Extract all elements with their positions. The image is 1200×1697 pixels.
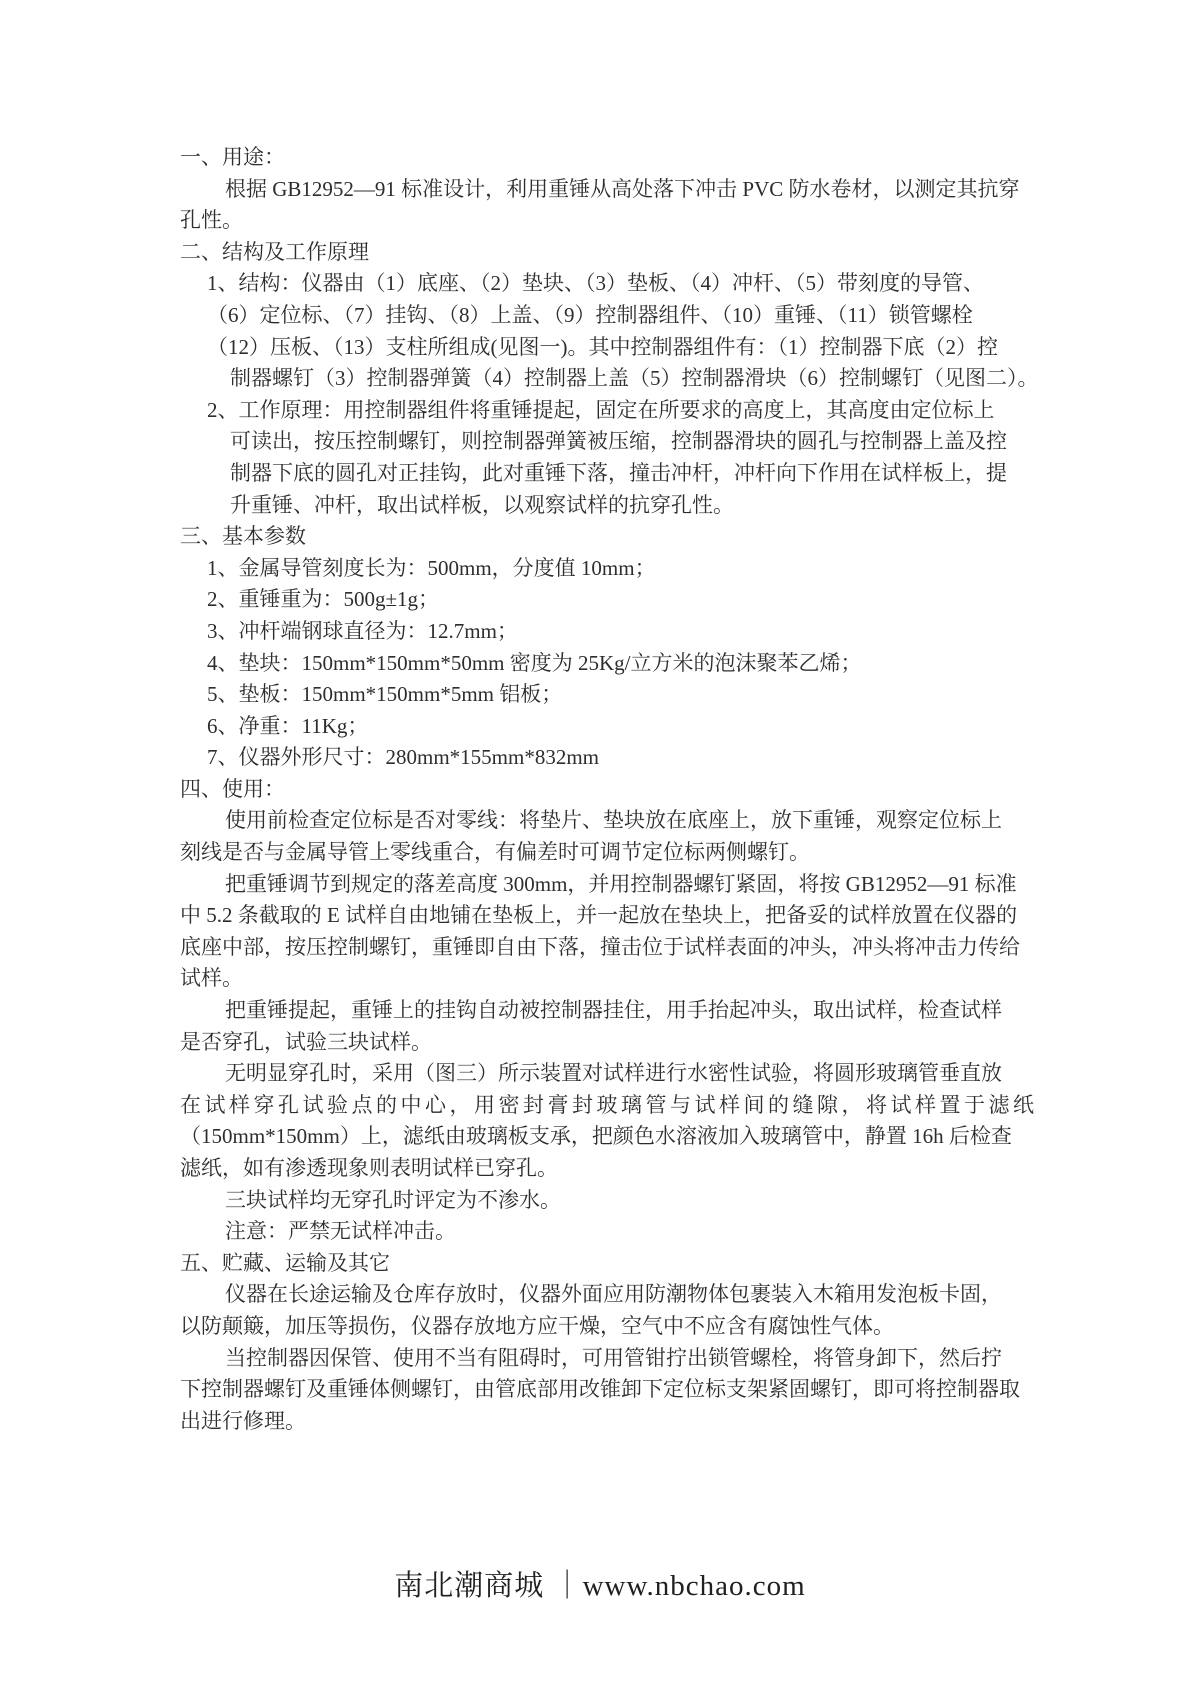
text-line: 三块试样均无穿孔时评定为不渗水。 bbox=[225, 1185, 1042, 1217]
footer-url: www.nbchao.com bbox=[583, 1570, 806, 1602]
text-line: （6）定位标、（7）挂钩、（8）上盖、（9）控制器组件、（10）重锤、（11）锁… bbox=[207, 300, 1042, 332]
page-footer: 南北潮商城 ｜www.nbchao.com bbox=[0, 1563, 1200, 1604]
text-line: 在试样穿孔试验点的中心，用密封膏封玻璃管与试样间的缝隙，将试样置于滤纸 bbox=[180, 1090, 1042, 1122]
footer-site-name: 南北潮商城 bbox=[394, 1570, 544, 1602]
text-line: 仪器在长途运输及仓库存放时，仪器外面应用防潮物体包裹装入木箱用发泡板卡固， bbox=[225, 1279, 1042, 1311]
text-line: 三、基本参数 bbox=[180, 521, 1042, 553]
text-line: 把重锤调节到规定的落差高度 300mm，并用控制器螺钉紧固，将按 GB12952… bbox=[225, 869, 1042, 901]
text-line: 是否穿孔，试验三块试样。 bbox=[180, 1027, 1042, 1059]
text-line: 刻线是否与金属导管上零线重合，有偏差时可调节定位标两侧螺钉。 bbox=[180, 837, 1042, 869]
text-line: 使用前检查定位标是否对零线：将垫片、垫块放在底座上，放下重锤，观察定位标上 bbox=[225, 805, 1042, 837]
text-line: 3、冲杆端钢球直径为：12.7mm； bbox=[207, 616, 1042, 648]
text-line: 注意：严禁无试样冲击。 bbox=[225, 1216, 1042, 1248]
text-line: 1、金属导管刻度长为：500mm，分度值 10mm； bbox=[207, 553, 1042, 585]
text-line: 6、净重：11Kg； bbox=[207, 711, 1042, 743]
text-line: （12）压板、（13）支柱所组成(见图一)。其中控制器组件有：（1）控制器下底（… bbox=[207, 332, 1042, 364]
text-line: 出进行修理。 bbox=[180, 1406, 1042, 1438]
text-line: 试样。 bbox=[180, 963, 1042, 995]
text-line: 可读出，按压控制螺钉，则控制器弹簧被压缩，控制器滑块的圆孔与控制器上盖及控 bbox=[230, 426, 1042, 458]
text-line: 四、使用： bbox=[180, 774, 1042, 806]
text-line: 把重锤提起，重锤上的挂钩自动被控制器挂住，用手抬起冲头，取出试样，检查试样 bbox=[225, 995, 1042, 1027]
footer-separator: ｜ bbox=[544, 1570, 582, 1602]
text-line: 无明显穿孔时，采用（图三）所示装置对试样进行水密性试验，将圆形玻璃管垂直放 bbox=[225, 1058, 1042, 1090]
text-line: 5、垫板：150mm*150mm*5mm 铝板； bbox=[207, 679, 1042, 711]
text-line: 下控制器螺钉及重锤体侧螺钉，由管底部用改锥卸下定位标支架紧固螺钉，即可将控制器取 bbox=[180, 1374, 1042, 1406]
text-line: 滤纸，如有渗透现象则表明试样已穿孔。 bbox=[180, 1153, 1042, 1185]
text-line: 二、结构及工作原理 bbox=[180, 237, 1042, 269]
document-body: 一、用途：根据 GB12952—91 标准设计，利用重锤从高处落下冲击 PVC … bbox=[180, 142, 1042, 1437]
text-line: 根据 GB12952—91 标准设计，利用重锤从高处落下冲击 PVC 防水卷材，… bbox=[225, 174, 1042, 206]
text-line: 以防颠簸，加压等损伤，仪器存放地方应干燥，空气中不应含有腐蚀性气体。 bbox=[180, 1311, 1042, 1343]
text-line: 孔性。 bbox=[180, 205, 1042, 237]
text-line: 升重锤、冲杆，取出试样板，以观察试样的抗穿孔性。 bbox=[230, 490, 1042, 522]
text-line: 2、工作原理：用控制器组件将重锤提起，固定在所要求的高度上，其高度由定位标上 bbox=[207, 395, 1042, 427]
text-line: 4、垫块：150mm*150mm*50mm 密度为 25Kg/立方米的泡沫聚苯乙… bbox=[207, 648, 1042, 680]
text-line: 一、用途： bbox=[180, 142, 1042, 174]
text-line: 制器下底的圆孔对正挂钩，此对重锤下落，撞击冲杆，冲杆向下作用在试样板上，提 bbox=[230, 458, 1042, 490]
text-line: 当控制器因保管、使用不当有阻碍时，可用管钳拧出锁管螺栓，将管身卸下，然后拧 bbox=[225, 1343, 1042, 1375]
text-line: 底座中部，按压控制螺钉，重锤即自由下落，撞击位于试样表面的冲头，冲头将冲击力传给 bbox=[180, 932, 1042, 964]
text-line: 中 5.2 条截取的 E 试样自由地铺在垫板上，并一起放在垫块上，把备妥的试样放… bbox=[180, 900, 1042, 932]
text-line: 1、结构：仪器由（1）底座、（2）垫块、（3）垫板、（4）冲杆、（5）带刻度的导… bbox=[207, 268, 1042, 300]
text-line: （150mm*150mm）上，滤纸由玻璃板支承，把颜色水溶液加入玻璃管中，静置 … bbox=[180, 1121, 1042, 1153]
text-line: 2、重锤重为：500g±1g； bbox=[207, 584, 1042, 616]
text-line: 五、贮藏、运输及其它 bbox=[180, 1248, 1042, 1280]
text-line: 7、仪器外形尺寸：280mm*155mm*832mm bbox=[207, 742, 1042, 774]
text-line: 制器螺钉（3）控制器弹簧（4）控制器上盖（5）控制器滑块（6）控制螺钉（见图二）… bbox=[230, 363, 1042, 395]
